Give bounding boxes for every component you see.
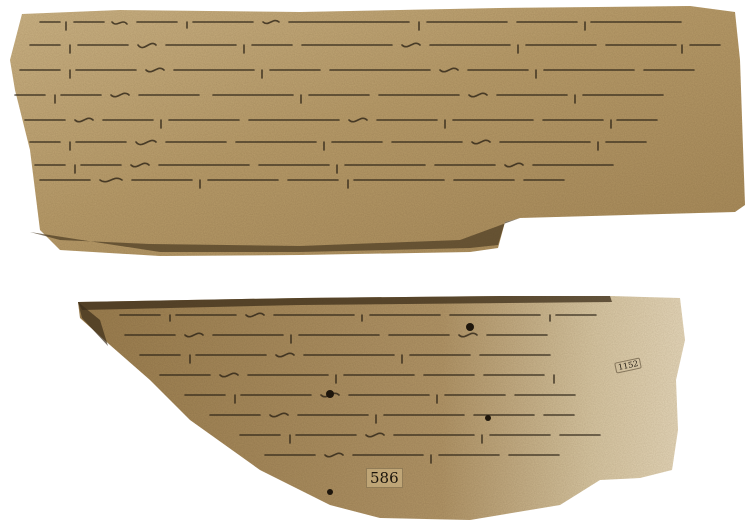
hole-mark — [327, 489, 333, 495]
hole-mark — [326, 390, 334, 398]
upper-fragment — [10, 6, 745, 256]
catalog-number-label: 586 — [366, 468, 403, 488]
hole-mark — [466, 323, 474, 331]
ostraca-photo — [0, 0, 750, 531]
hole-mark — [485, 415, 491, 421]
